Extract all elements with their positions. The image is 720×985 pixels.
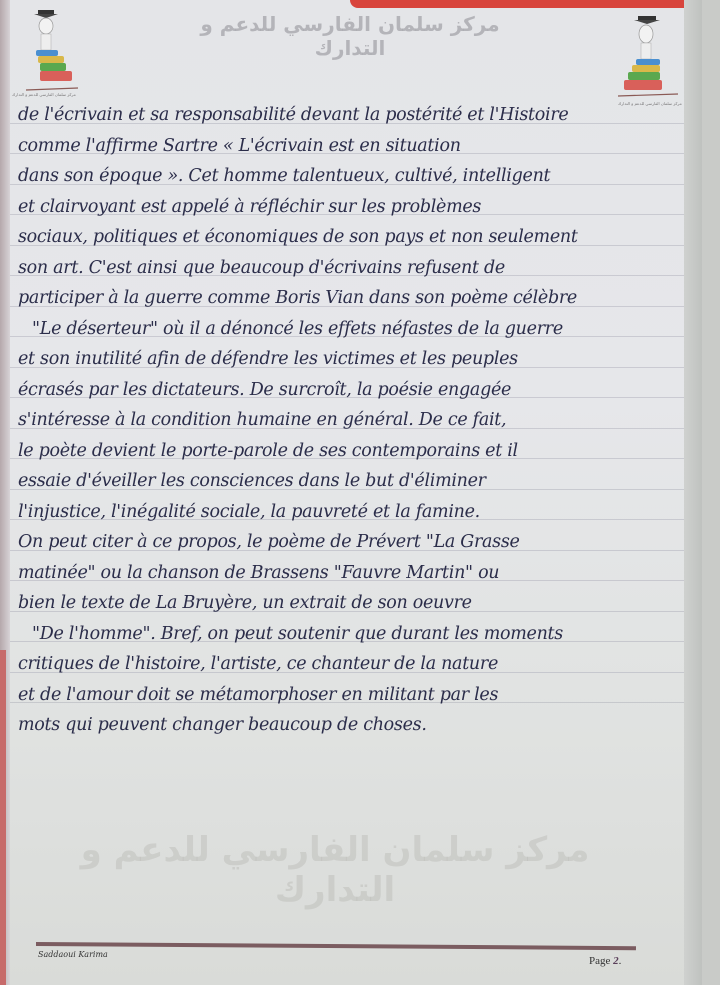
essay-line: bien le texte de La Bruyère, un extrait … <box>18 588 702 619</box>
graduate-on-book-stack-icon: مركز سلمان الفارسي للدعم و التدارك <box>618 14 678 104</box>
essay-line: mots qui peuvent changer beaucoup de cho… <box>18 710 702 741</box>
essay-line: sociaux, politiques et économiques de so… <box>18 222 702 253</box>
graduate-on-book-stack-icon: مركز سلمان الفارسي للدعم و التدارك <box>22 8 82 98</box>
header-watermark-title: مركز سلمان الفارسي للدعم و التدارك <box>170 12 530 60</box>
essay-line: et de l'amour doit se métamorphoser en m… <box>18 680 702 711</box>
essay-line: essaie d'éveiller les consciences dans l… <box>18 466 702 497</box>
essay-line: écrasés par les dictateurs. De surcroît,… <box>18 375 702 406</box>
paper-right-edge <box>684 0 702 985</box>
logo-left-caption: مركز سلمان الفارسي للدعم و التدارك <box>12 92 76 97</box>
essay-line: participer à la guerre comme Boris Vian … <box>18 283 702 314</box>
footer-author: Saddaoui Karima <box>38 950 108 959</box>
footer-watermark: مركز سلمان الفارسي للدعم و التدارك <box>65 830 605 910</box>
essay-line: et clairvoyant est appelé à réfléchir su… <box>18 192 702 223</box>
essay-line: "Le déserteur" où il a dénoncé les effet… <box>18 314 702 345</box>
essay-line: et son inutilité afin de défendre les vi… <box>18 344 702 375</box>
page-number: Page 2. <box>589 955 621 967</box>
essay-line: matinée" ou la chanson de Brassens "Fauv… <box>18 558 702 589</box>
notebook-page: مركز سلمان الفارسي للدعم و التدارك مركز … <box>10 0 702 985</box>
essay-line: comme l'affirme Sartre « L'écrivain est … <box>18 131 702 162</box>
essay-line: On peut citer à ce propos, le poème de P… <box>18 527 702 558</box>
handwritten-essay: de l'écrivain et sa responsabilité devan… <box>18 100 702 741</box>
page-number-suffix: . <box>619 955 622 967</box>
essay-line: l'injustice, l'inégalité sociale, la pau… <box>18 497 702 528</box>
essay-line: "De l'homme". Bref, on peut soutenir que… <box>18 619 702 650</box>
essay-line: son art. C'est ainsi que beaucoup d'écri… <box>18 253 702 284</box>
footer-divider <box>36 942 636 950</box>
header-banner <box>350 0 700 8</box>
essay-line: critiques de l'histoire, l'artiste, ce c… <box>18 649 702 680</box>
essay-line: s'intéresse à la condition humaine en gé… <box>18 405 702 436</box>
essay-line: dans son époque ». Cet homme talentueux,… <box>18 161 702 192</box>
essay-line: de l'écrivain et sa responsabilité devan… <box>18 100 702 131</box>
essay-line: le poète devient le porte-parole de ses … <box>18 436 702 467</box>
margin-red-strip <box>0 650 6 985</box>
page-label: Page <box>589 955 610 967</box>
